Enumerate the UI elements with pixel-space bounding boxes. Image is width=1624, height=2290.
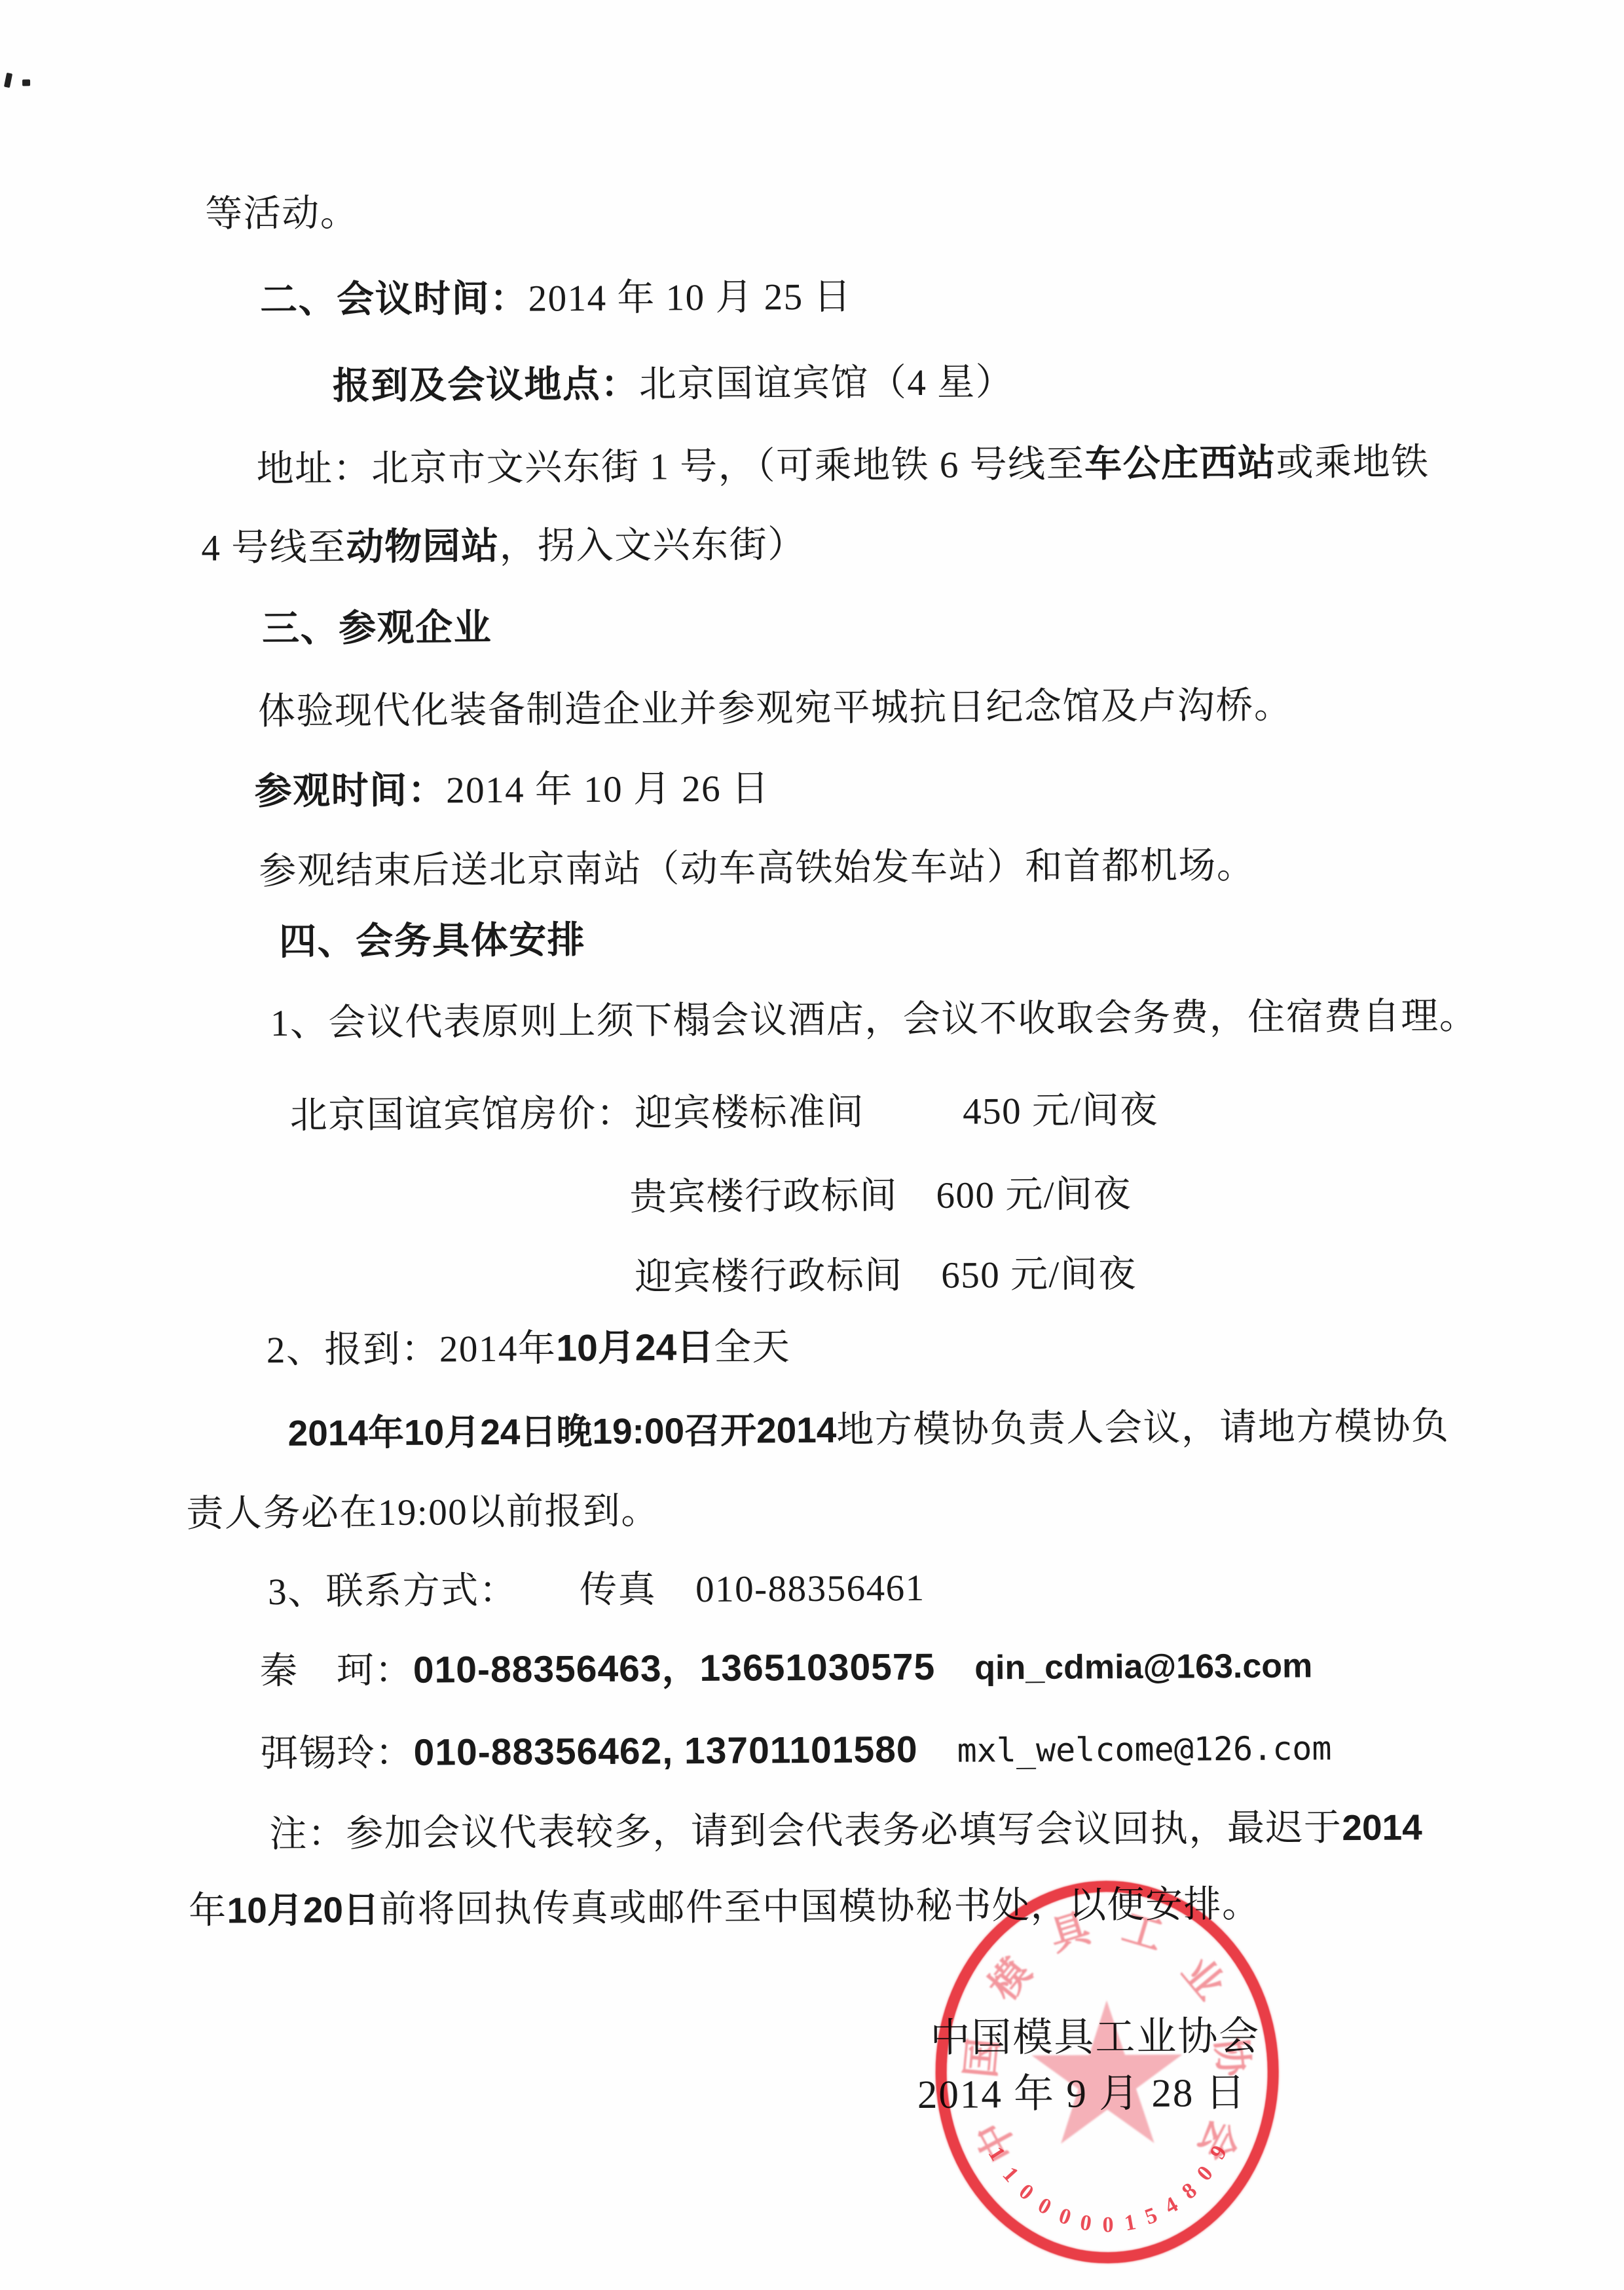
address-line-2: 4 号线至动物园站，拐入文兴东街） <box>201 523 806 571</box>
visit-description: 体验现代化装备制造企业并参观宛平城抗日纪念馆及卢沟桥。 <box>258 684 1293 735</box>
scan-speck <box>4 73 12 88</box>
seal-arc-char: 业 <box>1172 1943 1240 2010</box>
scan-speck <box>22 79 30 86</box>
signature-date-text: 2014 年 9 月 28 日 <box>917 2071 1247 2117</box>
seal-arc-char: 0 <box>1079 2210 1094 2236</box>
price-row-1: 北京国谊宾馆房价：迎宾楼标准间450 元/间夜 <box>289 1080 1158 1139</box>
item-2-pre: 2、报到：2014年 <box>267 1328 557 1371</box>
seal-arc-char: 1 <box>997 2162 1023 2187</box>
contact-qin-phones: 010-88356463，13651030575 <box>413 1646 936 1691</box>
note-2-date: 10月20日 <box>227 1889 379 1930</box>
checkin-value: 北京国谊宾馆（4 星） <box>639 362 1014 405</box>
address2-post: ，拐入文兴东街） <box>499 524 805 567</box>
seal-arc-char: 0 <box>1033 2193 1055 2220</box>
item-2-date: 10月24日 <box>556 1326 714 1369</box>
address-post: 或乘地铁 <box>1276 441 1429 483</box>
evening-meeting-line-2: 责人务必在19:00以前报到。 <box>186 1489 659 1537</box>
contact-mi-phones: 010-88356462, 13701101580 <box>413 1729 917 1774</box>
scanned-document-page: 等活动。 二、会议时间：2014 年 10 月 25 日 报到及会议地点：北京国… <box>0 0 1624 2290</box>
signature-org-text: 中国模具工业协会 <box>930 2015 1260 2061</box>
arrangement-item-1-text: 1、会议代表原则上须下榻会议酒店，会议不收取会务费，住宿费自理。 <box>270 996 1478 1044</box>
signature-date: 2014 年 9 月 28 日 <box>917 2061 1247 2120</box>
note-line-2: 年10月20日前将回执传真或邮件至中国模协秘书处，以便安排。 <box>189 1883 1261 1934</box>
fax-label: 传真 <box>580 1569 656 1611</box>
note-line-1: 注：参加会议代表较多，请到会代表务必填写会议回执，最迟于2014 <box>269 1805 1422 1857</box>
seal-arc-char: 1 <box>1122 2210 1137 2236</box>
spacer <box>517 1602 580 1603</box>
price-room-3: 迎宾楼行政标间 <box>635 1255 903 1298</box>
contact-heading-line: 3、联系方式：传真010-88356461 <box>268 1566 925 1615</box>
price-row-3: 迎宾楼行政标间650 元/间夜 <box>635 1245 903 1300</box>
price-value-2: 600 元/间夜 <box>936 1164 1132 1219</box>
address-station-1: 车公庄西站 <box>1084 443 1276 485</box>
arrangement-item-2: 2、报到：2014年10月24日全天 <box>267 1324 791 1373</box>
contact-mi-email: mxl_welcome@126.com <box>957 1729 1331 1769</box>
evening-meeting-datetime: 2014年10月24日晚19:00召开2014 <box>287 1410 836 1454</box>
contact-heading-label: 3、联系方式： <box>268 1570 517 1613</box>
checkin-label: 报到及会议地点： <box>333 364 639 407</box>
seal-arc-number: 1100000154809 <box>929 1875 1283 1877</box>
section-2-value: 2014 年 10 月 25 日 <box>528 276 852 320</box>
price-row-2: 贵宾楼行政标间600 元/间夜 <box>629 1165 898 1220</box>
price-room-1: 迎宾楼标准间 <box>635 1092 864 1135</box>
visit-time-line: 参观时间：2014 年 10 月 26 日 <box>254 766 769 814</box>
seal-arc-char: 4 <box>1160 2192 1182 2219</box>
visit-time-label: 参观时间： <box>254 770 446 812</box>
seal-arc-org-text: 中国模具工业协会 <box>929 1875 1283 1877</box>
seal-arc-char: 1 <box>983 2143 1010 2166</box>
section-4-heading: 四、会务具体安排 <box>279 918 585 965</box>
arrangement-item-1: 1、会议代表原则上须下榻会议酒店，会议不收取会务费，住宿费自理。 <box>270 994 1478 1047</box>
item-2-post: 全天 <box>714 1326 790 1368</box>
evening-meeting-text: 地方模协负责人会议，请地方模协负 <box>836 1406 1449 1451</box>
contact-qin-email: qin_cdmia@163.com <box>974 1647 1312 1687</box>
checkin-location-line: 报到及会议地点：北京国谊宾馆（4 星） <box>333 360 1014 409</box>
seal-arc-char: 0 <box>1056 2204 1074 2230</box>
fax-number: 010-88356461 <box>695 1567 925 1610</box>
address-line-1: 地址：北京市文兴东街 1 号，（可乘地铁 6 号线至车公庄西站或乘地铁 <box>256 440 1429 492</box>
contact-mi-name: 弭锡玲： <box>260 1733 413 1774</box>
note-2-post: 前将回执传真或邮件至中国模协秘书处，以便安排。 <box>379 1884 1261 1930</box>
address-pre: 地址：北京市文兴东街 1 号，（可乘地铁 6 号线至 <box>256 443 1084 490</box>
price-value-3: 650 元/间夜 <box>941 1244 1137 1299</box>
seal-arc-char: 会 <box>1187 2111 1255 2172</box>
price-value-1: 450 元/间夜 <box>963 1090 1158 1133</box>
evening-meeting-text-2: 责人务必在19:00以前报到。 <box>186 1490 659 1534</box>
visit-description-text: 体验现代化装备制造企业并参观宛平城抗日纪念馆及卢沟桥。 <box>258 685 1293 733</box>
contact-qin-name: 秦 珂： <box>260 1650 413 1692</box>
section-2-meeting-time: 二、会议时间：2014 年 10 月 25 日 <box>260 275 852 324</box>
visit-time-value: 2014 年 10 月 26 日 <box>446 768 770 811</box>
contact-row-mi: 弭锡玲：010-88356462, 13701101580mxl_welcome… <box>260 1725 1331 1776</box>
visit-after-line: 参观结束后送北京南站（动车高铁始发车站）和首都机场。 <box>259 844 1255 895</box>
section-3-label: 三、参观企业 <box>262 607 492 650</box>
note-1-year: 2014 <box>1342 1807 1422 1848</box>
note-2-pre: 年 <box>189 1890 227 1931</box>
section-2-label: 二、会议时间： <box>260 278 528 322</box>
signature-org: 中国模具工业协会 <box>930 2004 1261 2063</box>
spacer <box>864 1124 963 1125</box>
seal-arc-char: 0 <box>1014 2179 1038 2206</box>
evening-meeting-line-1: 2014年10月24日晚19:00召开2014地方模协负责人会议，请地方模协负 <box>287 1404 1449 1456</box>
seal-arc-char: 0 <box>1192 2161 1219 2186</box>
price-room-2: 贵宾楼行政标间 <box>629 1175 898 1218</box>
section-4-label: 四、会务具体安排 <box>279 920 585 963</box>
seal-arc-char: 5 <box>1142 2203 1161 2230</box>
contact-row-qin: 秦 珂：010-88356463，13651030575qin_cdmia@16… <box>260 1642 1313 1694</box>
seal-arc-char: 8 <box>1177 2178 1202 2204</box>
seal-arc-char: 9 <box>1205 2141 1232 2164</box>
intro-tail-text: 等活动。 <box>205 193 358 235</box>
seal-arc-char: 模 <box>973 1945 1042 2011</box>
price-head-label: 北京国谊宾馆房价： <box>290 1093 635 1136</box>
address2-pre: 4 号线至 <box>201 527 346 569</box>
seal-arc-char: 0 <box>1102 2213 1113 2238</box>
visit-after-text: 参观结束后送北京南站（动车高铁始发车站）和首都机场。 <box>259 845 1255 892</box>
note-1-text: 注：参加会议代表较多，请到会代表务必填写会议回执，最迟于 <box>269 1807 1342 1855</box>
address-station-2: 动物园站 <box>346 526 499 568</box>
seal-arc-char: 中 <box>960 2112 1028 2174</box>
paragraph-intro-tail: 等活动。 <box>205 191 358 237</box>
section-3-heading: 三、参观企业 <box>262 606 492 652</box>
